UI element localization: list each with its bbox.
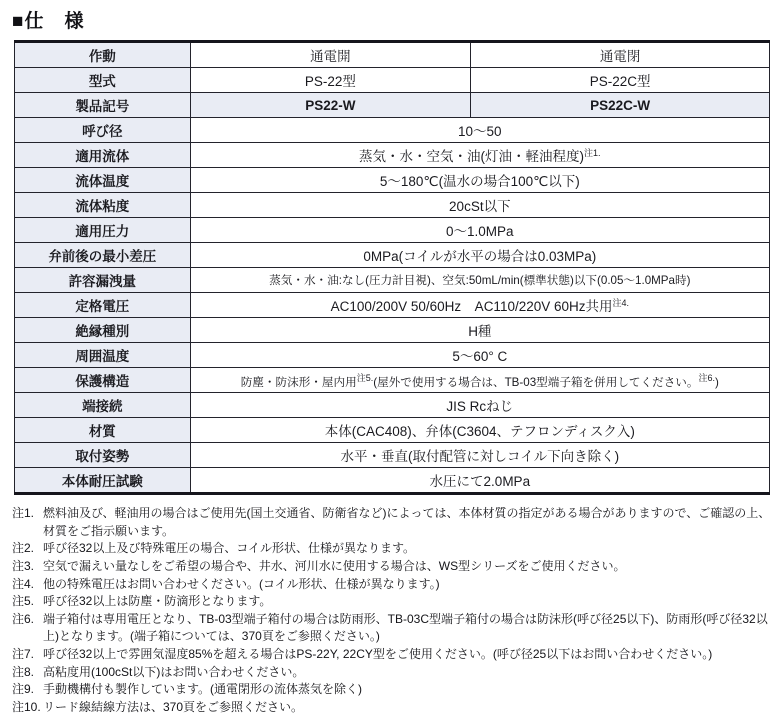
table-row: 適用圧力0〜1.0MPa [15, 218, 770, 243]
note-ref: 注4. [613, 298, 630, 308]
value-text: JIS Rcねじ [446, 399, 513, 414]
table-row: 作動通電開通電閉 [15, 42, 770, 68]
value-text: 水圧にて2.0MPa [430, 474, 531, 489]
note-item: 注6.端子箱付は専用電圧となり、TB-03型端子箱付の場合は防雨形、TB-03C… [12, 611, 774, 646]
table-row: 本体耐圧試験水圧にて2.0MPa [15, 468, 770, 494]
row-value: H種 [190, 318, 769, 343]
row-label: 周囲温度 [15, 343, 191, 368]
value-text: 0〜1.0MPa [446, 224, 514, 239]
table-row: 呼び径10〜50 [15, 118, 770, 143]
note-number: 注8. [12, 664, 43, 682]
row-label: 呼び径 [15, 118, 191, 143]
row-value: 防塵・防沫形・屋内用注5.(屋外で使用する場合は、TB-03型端子箱を併用してく… [190, 368, 769, 393]
note-item: 注1.燃料油及び、軽油用の場合はご使用先(国土交通省、防衛省など)によっては、本… [12, 505, 774, 540]
note-ref: 注6. [698, 373, 715, 383]
table-row: 流体温度5〜180℃(温水の場合100℃以下) [15, 168, 770, 193]
row-value: PS22-W [190, 93, 471, 118]
note-item: 注7.呼び径32以上で雰囲気湿度85%を超える場合はPS-22Y, 22CY型を… [12, 646, 774, 664]
row-value: 0〜1.0MPa [190, 218, 769, 243]
table-row: 弁前後の最小差圧0MPa(コイルが水平の場合は0.03MPa) [15, 243, 770, 268]
row-label: 本体耐圧試験 [15, 468, 191, 494]
row-label: 材質 [15, 418, 191, 443]
note-item: 注3.空気で漏えい量なしをご希望の場合や、井水、河川水に使用する場合は、WS型シ… [12, 558, 774, 576]
note-item: 注10.リード線結線方法は、370頁をご参照ください。 [12, 699, 774, 717]
table-row: 適用流体蒸気・水・空気・油(灯油・軽油程度)注1. [15, 143, 770, 168]
note-number: 注2. [12, 540, 43, 558]
value-text: PS22-W [305, 98, 355, 113]
row-value: JIS Rcねじ [190, 393, 769, 418]
row-value: 水圧にて2.0MPa [190, 468, 769, 494]
note-item: 注5.呼び径32以上は防塵・防滴形となります。 [12, 593, 774, 611]
note-text: 呼び径32以上で雰囲気湿度85%を超える場合はPS-22Y, 22CY型をご使用… [43, 646, 774, 664]
value-text: PS22C-W [590, 98, 650, 113]
note-number: 注7. [12, 646, 43, 664]
note-item: 注4.他の特殊電圧はお問い合わせください。(コイル形状、仕様が異なります。) [12, 576, 774, 594]
row-value: 蒸気・水・油:なし(圧力計目視)、空気:50mL/min(標準状態)以下(0.0… [190, 268, 769, 293]
row-label: 型式 [15, 68, 191, 93]
note-item: 注9.手動機構付も製作しています。(通電閉形の流体蒸気を除く) [12, 681, 774, 699]
value-text: 10〜50 [458, 124, 502, 139]
row-value: 5〜60° C [190, 343, 769, 368]
row-value: 0MPa(コイルが水平の場合は0.03MPa) [190, 243, 769, 268]
row-label: 適用圧力 [15, 218, 191, 243]
row-value: 本体(CAC408)、弁体(C3604、テフロンディスク入) [190, 418, 769, 443]
value-text: 蒸気・水・空気・油(灯油・軽油程度) [359, 149, 584, 164]
row-value: 5〜180℃(温水の場合100℃以下) [190, 168, 769, 193]
notes-list: 注1.燃料油及び、軽油用の場合はご使用先(国土交通省、防衛省など)によっては、本… [12, 505, 774, 717]
table-row: 型式PS-22型PS-22C型 [15, 68, 770, 93]
note-number: 注6. [12, 611, 43, 646]
value-text: 蒸気・水・油:なし(圧力計目視)、空気:50mL/min(標準状態)以下(0.0… [269, 274, 690, 287]
note-text: 端子箱付は専用電圧となり、TB-03型端子箱付の場合は防雨形、TB-03C型端子… [43, 611, 774, 646]
note-number: 注9. [12, 681, 43, 699]
note-text: 呼び径32以上は防塵・防滴形となります。 [43, 593, 774, 611]
row-label: 取付姿勢 [15, 443, 191, 468]
note-text: 呼び径32以上及び特殊電圧の場合、コイル形状、仕様が異なります。 [43, 540, 774, 558]
note-item: 注8.高粘度用(100cSt以下)はお問い合わせください。 [12, 664, 774, 682]
note-text: 燃料油及び、軽油用の場合はご使用先(国土交通省、防衛省など)によっては、本体材質… [43, 505, 774, 540]
note-text: 空気で漏えい量なしをご希望の場合や、井水、河川水に使用する場合は、WS型シリーズ… [43, 558, 774, 576]
row-value: 蒸気・水・空気・油(灯油・軽油程度)注1. [190, 143, 769, 168]
table-row: 絶縁種別H種 [15, 318, 770, 343]
row-value: 10〜50 [190, 118, 769, 143]
row-label: 弁前後の最小差圧 [15, 243, 191, 268]
table-row: 保護構造防塵・防沫形・屋内用注5.(屋外で使用する場合は、TB-03型端子箱を併… [15, 368, 770, 393]
row-value: 20cSt以下 [190, 193, 769, 218]
row-value: 通電閉 [471, 42, 770, 68]
row-label: 保護構造 [15, 368, 191, 393]
note-text: 高粘度用(100cSt以下)はお問い合わせください。 [43, 664, 774, 682]
note-number: 注3. [12, 558, 43, 576]
row-label: 適用流体 [15, 143, 191, 168]
row-label: 定格電圧 [15, 293, 191, 318]
row-value: PS22C-W [471, 93, 770, 118]
row-value: AC100/200V 50/60Hz AC110/220V 60Hz共用注4. [190, 293, 769, 318]
row-value: 通電開 [190, 42, 471, 68]
spec-page: ■仕 様 作動通電開通電閉型式PS-22型PS-22C型製品記号PS22-WPS… [0, 0, 784, 717]
value-text: 通電開 [310, 49, 351, 64]
row-label: 流体粘度 [15, 193, 191, 218]
value-text: 水平・垂直(取付配管に対しコイル下向き除く) [341, 449, 620, 464]
value-text: AC100/200V 50/60Hz AC110/220V 60Hz共用 [331, 299, 613, 314]
value-text: PS-22C型 [590, 74, 651, 89]
value-text: ) [715, 376, 719, 389]
row-label: 端接続 [15, 393, 191, 418]
table-row: 周囲温度5〜60° C [15, 343, 770, 368]
table-row: 端接続JIS Rcねじ [15, 393, 770, 418]
row-label: 流体温度 [15, 168, 191, 193]
row-value: PS-22型 [190, 68, 471, 93]
row-label: 作動 [15, 42, 191, 68]
note-number: 注5. [12, 593, 43, 611]
value-text: PS-22型 [305, 74, 356, 89]
note-number: 注4. [12, 576, 43, 594]
row-value: PS-22C型 [471, 68, 770, 93]
value-text: 通電閉 [600, 49, 641, 64]
value-text: H種 [468, 324, 491, 339]
page-title: ■仕 様 [12, 6, 774, 33]
value-text: 5〜60° C [452, 349, 507, 364]
table-row: 製品記号PS22-WPS22C-W [15, 93, 770, 118]
value-text: 0MPa(コイルが水平の場合は0.03MPa) [363, 249, 596, 264]
note-item: 注2.呼び径32以上及び特殊電圧の場合、コイル形状、仕様が異なります。 [12, 540, 774, 558]
spec-table-body: 作動通電開通電閉型式PS-22型PS-22C型製品記号PS22-WPS22C-W… [15, 42, 770, 494]
table-row: 材質本体(CAC408)、弁体(C3604、テフロンディスク入) [15, 418, 770, 443]
table-row: 取付姿勢水平・垂直(取付配管に対しコイル下向き除く) [15, 443, 770, 468]
value-text: 5〜180℃(温水の場合100℃以下) [380, 174, 580, 189]
value-text: 20cSt以下 [449, 199, 511, 214]
note-text: 他の特殊電圧はお問い合わせください。(コイル形状、仕様が異なります。) [43, 576, 774, 594]
note-ref: 注5. [357, 373, 374, 383]
row-label: 許容漏洩量 [15, 268, 191, 293]
row-value: 水平・垂直(取付配管に対しコイル下向き除く) [190, 443, 769, 468]
row-label: 絶縁種別 [15, 318, 191, 343]
row-label: 製品記号 [15, 93, 191, 118]
value-text: 防塵・防沫形・屋内用 [241, 376, 357, 389]
note-number: 注1. [12, 505, 43, 540]
table-row: 定格電圧AC100/200V 50/60Hz AC110/220V 60Hz共用… [15, 293, 770, 318]
table-row: 流体粘度20cSt以下 [15, 193, 770, 218]
note-ref: 注1. [584, 148, 601, 158]
note-text: 手動機構付も製作しています。(通電閉形の流体蒸気を除く) [43, 681, 774, 699]
spec-table: 作動通電開通電閉型式PS-22型PS-22C型製品記号PS22-WPS22C-W… [14, 40, 770, 495]
note-text: リード線結線方法は、370頁をご参照ください。 [43, 699, 774, 717]
table-row: 許容漏洩量蒸気・水・油:なし(圧力計目視)、空気:50mL/min(標準状態)以… [15, 268, 770, 293]
value-text: (屋外で使用する場合は、TB-03型端子箱を併用してください。 [373, 376, 698, 389]
note-number: 注10. [12, 699, 43, 717]
value-text: 本体(CAC408)、弁体(C3604、テフロンディスク入) [325, 424, 635, 439]
